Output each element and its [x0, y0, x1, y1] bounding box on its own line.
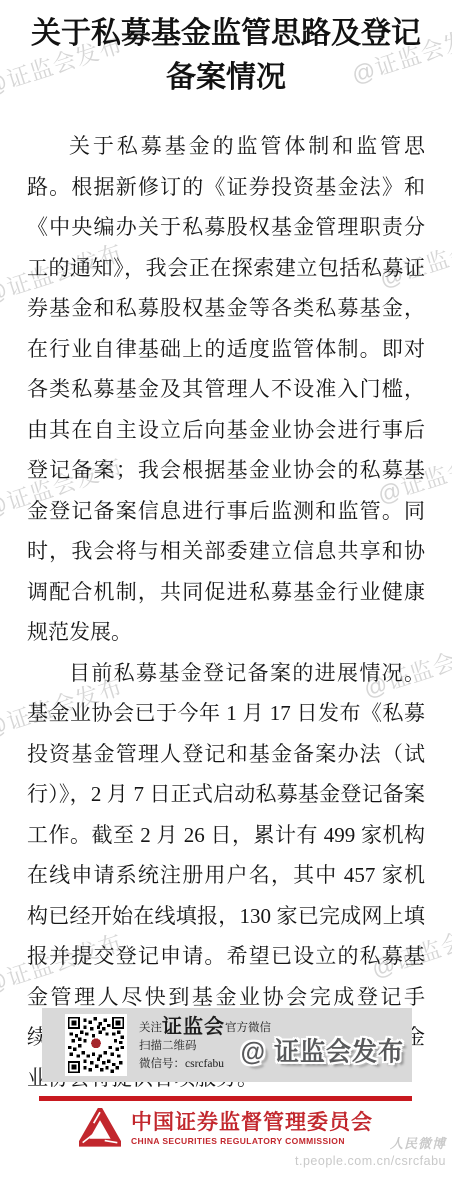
document-body: 关于私募基金的监管体制和监管思路。根据新修订的《证券投资基金法》和《中央编办关于… — [27, 126, 425, 1098]
source-attribution: 人民微博 t.people.com.cn/csrcfabu — [295, 1136, 446, 1170]
paragraph-regulation-approach: 关于私募基金的监管体制和监管思路。根据新修订的《证券投资基金法》和《中央编办关于… — [27, 126, 425, 653]
source-url-text: t.people.com.cn/csrcfabu — [295, 1152, 446, 1170]
csrc-name-cn: 中国证券监督管理委员会 — [131, 1111, 373, 1135]
people-weibo-logo: 人民微博 — [295, 1136, 446, 1152]
wechat-follow-box: 关注证监会官方微信 扫描二维码 微信号：csrcfabu @ 证监会发布 — [42, 1008, 412, 1082]
qr-code-icon — [65, 1014, 127, 1076]
weibo-announcement-image: @证监会发布 @证监会发布 @证监会发布 @证监会发布 @证监会发布 @证监会发… — [0, 0, 452, 1178]
csrc-fabu-stamp: @ 证监会发布 — [241, 1031, 404, 1069]
page-title: 关于私募基金监管思路及登记备案情况 — [0, 0, 452, 100]
wechat-id: csrcfabu — [185, 1058, 224, 1070]
csrc-triangle-emblem-icon — [79, 1108, 121, 1150]
red-divider — [39, 1096, 412, 1101]
wechat-account-name: 证监会 — [162, 1016, 225, 1038]
